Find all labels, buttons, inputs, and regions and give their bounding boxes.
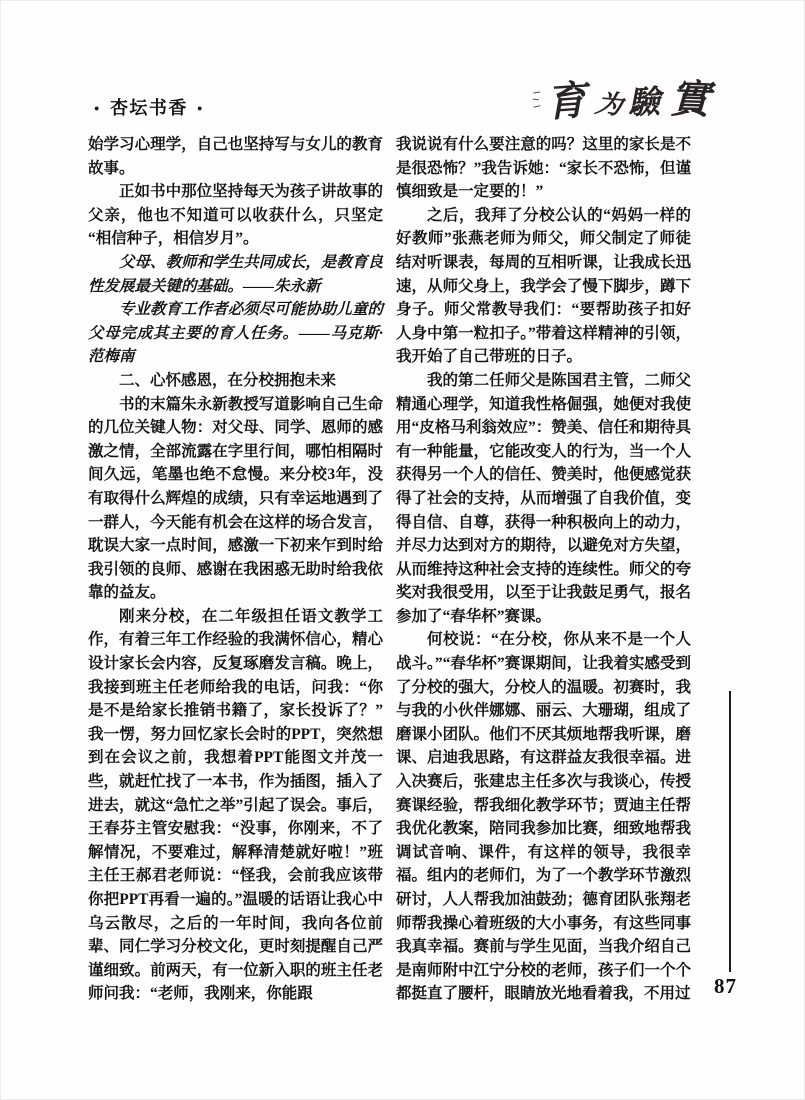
calligraphy-signature-mark [533,88,540,107]
body-paragraph: 何校说：“在分校，你从来不是一个人战斗。”“春华杯”赛课期间，让我着实感受到了分… [396,628,691,1006]
margin-rule-divider [729,691,731,972]
calligraphy-character: 育 [545,81,588,124]
column-title: 杏坛书香 [110,94,188,120]
article-body: 始学习心理学，自己也坚持写与女儿的教育故事。正如书中那位坚持每天为孩子讲故事的父… [88,133,691,1006]
magazine-page: ● 杏坛书香 ● 育为驗實 始学习心理学，自己也坚持写与女儿的教育故事。正如书中… [0,0,805,1100]
section-heading: 二、心怀感恩，在分校拥抱未来 [88,369,383,393]
calligraphy-character: 驗 [627,85,661,119]
journal-masthead-calligraphy: 育为驗實 [533,80,745,140]
body-paragraph: 我的第二任师父是陈国君主管，二师父精通心理学，知道我性格倔强，她便对我使用“皮格… [396,369,691,629]
body-paragraph: 书的末篇朱永新教授写道影响自己生命的几位关键人物：对父母、同学、恩师的感激之情，… [88,393,383,605]
page-number: 87 [714,974,750,999]
body-paragraph: 我说说有什么要注意的吗？这里的家长是不是很恐怖？”我告诉她：“家长不恐怖，但谨慎… [396,133,691,204]
right-column: 我说说有什么要注意的吗？这里的家长是不是很恐怖？”我告诉她：“家长不恐怖，但谨慎… [396,133,691,1006]
calligraphy-character: 为 [593,91,625,119]
quote-paragraph: 父母、教师和学生共同成长，是教育良性发展最关键的基础。——朱永新 [88,251,383,298]
column-header: ● 杏坛书香 ● [94,94,204,120]
quote-paragraph: 专业教育工作者必须尽可能协助儿童的父母完成其主要的育人任务。——马克斯·范梅南 [88,298,383,369]
body-paragraph: 刚来分校，在二年级担任语文教学工作，有着三年工作经验的我满怀信心，精心设计家长会… [88,605,383,1006]
bullet-dot-icon: ● [197,104,204,113]
body-paragraph: 之后，我拜了分校公认的“妈妈一样的好教师”张燕老师为师父，师父制定了师徒结对听课… [396,204,691,369]
body-paragraph: 正如书中那位坚持每天为孩子讲故事的父亲，他也不知道可以收获什么，只坚定“相信种子… [88,180,383,251]
bullet-dot-icon: ● [94,104,101,113]
masthead-calligraphy-text: 育为驗實 [546,80,710,122]
left-column: 始学习心理学，自己也坚持写与女儿的教育故事。正如书中那位坚持每天为孩子讲故事的父… [88,133,383,1006]
calligraphy-character: 實 [669,79,710,120]
body-paragraph: 始学习心理学，自己也坚持写与女儿的教育故事。 [88,133,383,180]
